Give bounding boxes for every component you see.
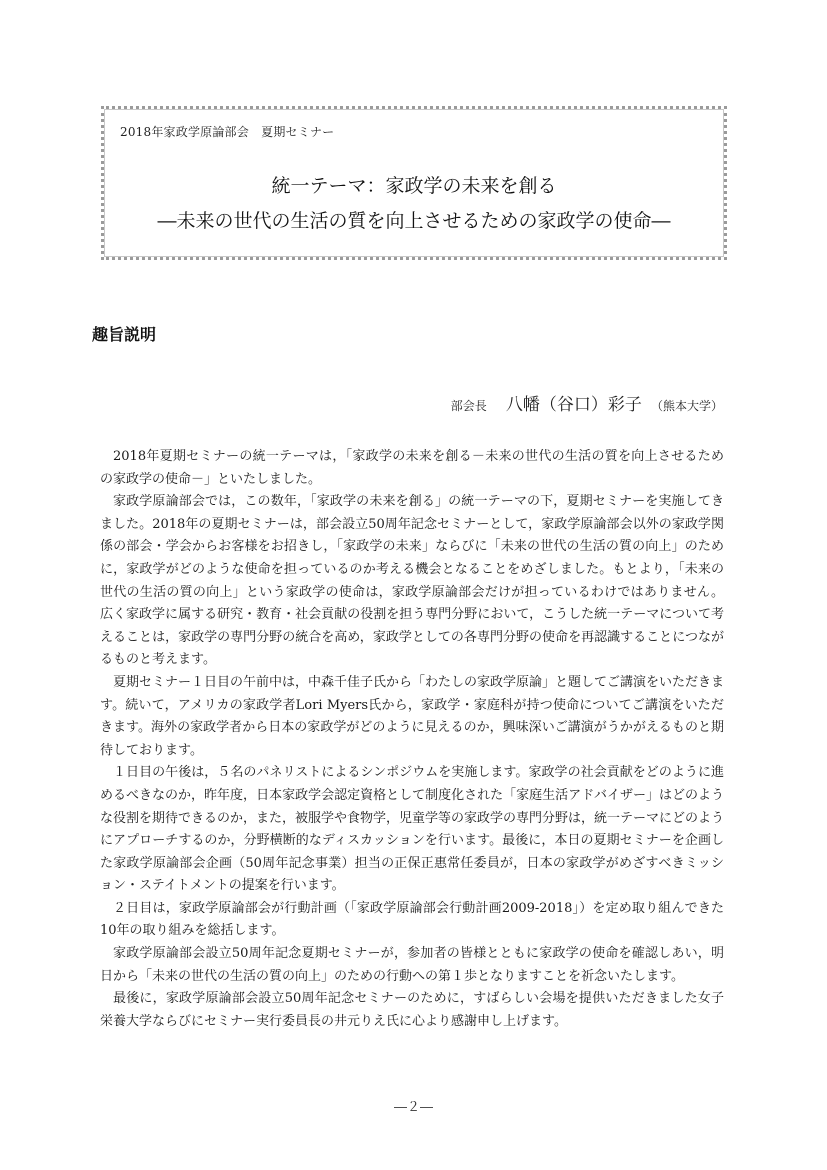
theme-subtitle: ―未来の世代の生活の質を向上させるための家政学の使命― — [104, 206, 724, 233]
theme-title: 統一テーマ：家政学の未来を創る — [104, 171, 724, 198]
author-name: 八幡（谷口）彩子 — [506, 395, 642, 415]
paragraph: 家政学原論部会では，この数年，「家政学の未来を創る」の統一テーマの下，夏期セミナ… — [100, 491, 724, 672]
page-number: ―２― — [0, 1096, 827, 1115]
paragraph: 夏期セミナー１日目の午前中は，中森千佳子氏から「わたしの家政学原論」と題してご講… — [100, 672, 724, 762]
paragraph: 最後に，家政学原論部会設立50周年記念セミナーのために，すばらしい会場を提供いた… — [100, 988, 724, 1033]
seminar-subtitle: 2018年家政学原論部会 夏期セミナー — [120, 123, 334, 140]
body-text: 2018年夏期セミナーの統一テーマは，「家政学の未来を創る－未来の世代の生活の質… — [100, 446, 724, 1033]
author-role: 部会長 — [451, 399, 487, 413]
author-affiliation: （熊本大学） — [651, 399, 723, 413]
paragraph: ２日目は，家政学原論部会が行動計画（「家政学原論部会行動計画2009-2018」… — [100, 898, 724, 943]
paragraph: 2018年夏期セミナーの統一テーマは，「家政学の未来を創る－未来の世代の生活の質… — [100, 446, 724, 491]
paragraph: １日目の午後は，５名のパネリストによるシンポジウムを実施します。家政学の社会貢献… — [100, 762, 724, 898]
section-heading: 趣旨説明 — [92, 322, 156, 345]
author-line: 部会長 八幡（谷口）彩子 （熊本大学） — [451, 390, 723, 415]
paragraph: 家政学原論部会設立50周年記念夏期セミナーが，参加者の皆様とともに家政学の使命を… — [100, 943, 724, 988]
title-frame: 2018年家政学原論部会 夏期セミナー 統一テーマ：家政学の未来を創る ―未来の… — [101, 106, 727, 260]
